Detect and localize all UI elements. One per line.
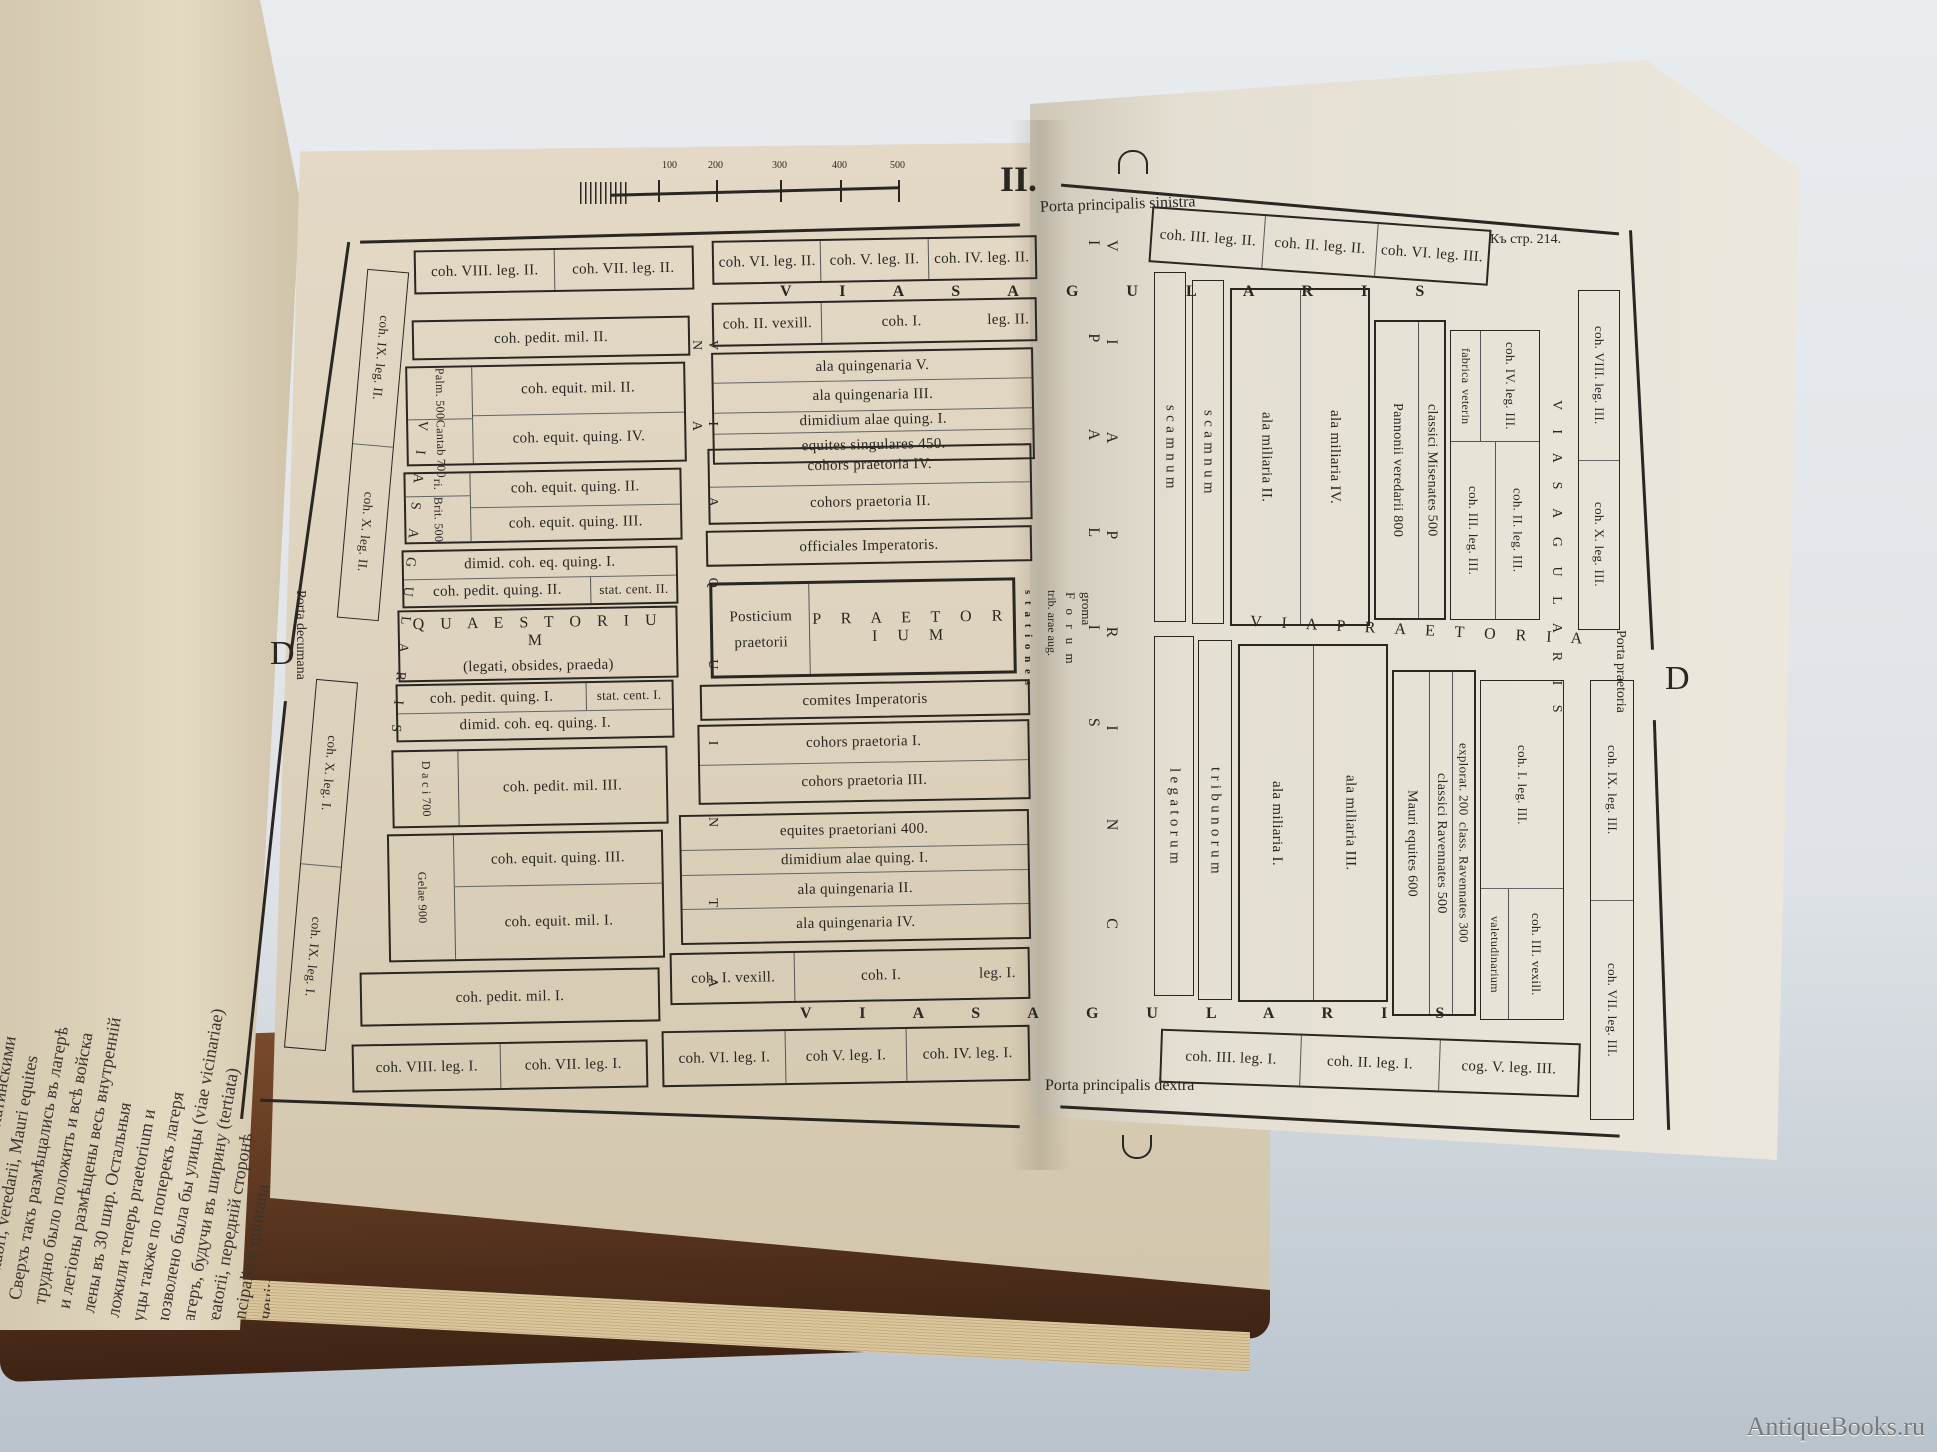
unit-label: coh V. leg. I. <box>806 1047 887 1065</box>
block-palm-cantab: Palm. 500 Cantab 700 coh. equit. mil. II… <box>405 362 687 467</box>
block-brit: ri. Brit. 500 coh. equit. quing. II. coh… <box>403 468 682 545</box>
quaestorium-label: Q U A E S T O R I U M <box>399 611 676 652</box>
forum-label: F o r u m <box>1062 592 1078 667</box>
unit-label: coh. VI. leg. I. <box>678 1049 770 1068</box>
unit-label: stat. cent. II. <box>599 581 668 598</box>
block-top-row-b: coh. VI. leg. II. coh. V. leg. II. coh. … <box>712 235 1038 285</box>
trib-arae-label: trib. arae aug. <box>1044 590 1059 656</box>
unit-label: dimidium alae quing. I. <box>799 411 947 431</box>
block-praetorium: Posticium praetorii P R A E T O R I U M <box>709 577 1017 678</box>
unit-label: ri. <box>430 479 445 490</box>
praetorium-label: P R A E T O R I U M <box>810 607 1014 647</box>
block-gelae: Gelae 900 coh. equit. quing. III. coh. e… <box>387 830 665 963</box>
scale-tick-label: 100 <box>662 160 677 171</box>
unit-label: coh. III. leg. I. <box>1185 1048 1277 1068</box>
unit-label: coh. I. <box>861 967 901 985</box>
page-reference: Къ стр. 214. <box>1490 232 1561 248</box>
block-top-row-a: coh. VIII. leg. II. coh. VII. leg. II. <box>414 246 695 295</box>
unit-label: coh. X. leg. I. <box>318 735 341 812</box>
block-bottom-row-b-top: coh. I. vexill. coh. I. leg. I. <box>670 947 1031 1005</box>
unit-label: cohors praetoria II. <box>810 493 931 512</box>
unit-label: coh. II. leg. I. <box>1327 1053 1414 1073</box>
block-daci: D a c i 700 coh. pedit. mil. III. <box>391 746 668 829</box>
scale-hatch <box>580 182 630 204</box>
road-via-sagularis-right: V I A S A G U L A R I S <box>1548 400 1564 721</box>
scale-tick-label: 200 <box>708 160 723 171</box>
unit-label: coh. IX. leg. I. <box>301 916 324 997</box>
unit-label: coh. III. leg. III. <box>1465 486 1481 575</box>
plate-number: II. <box>1000 158 1037 200</box>
block-comites: comites Imperatoris <box>700 679 1031 721</box>
block-dimid-stat-1: coh. pedit. quing. I. stat. cent. I. dim… <box>396 680 675 743</box>
unit-label: D a c i 700 <box>418 761 434 817</box>
block-scamnum-2: s c a m n u m <box>1192 280 1224 624</box>
unit-label: ala miliaria III. <box>1341 775 1358 870</box>
unit-label: cog. V. leg. III. <box>1461 1058 1556 1078</box>
unit-label: coh. VIII. leg. III. <box>1591 326 1607 425</box>
unit-label: coh. VIII. leg. I. <box>376 1058 478 1077</box>
road-via-sagularis-bottom: V I A S A G U L A R I S <box>800 1005 1466 1023</box>
block-bottom-row-a: coh. VIII. leg. I. coh. VII. leg. I. <box>352 1039 649 1092</box>
unit-label: Palm. 500 <box>432 368 448 420</box>
unit-label: coh. I. vexill. <box>691 969 775 987</box>
scale-tick-label: 300 <box>772 160 787 171</box>
unit-label: coh. IV. leg. I. <box>923 1045 1013 1064</box>
unit-label: fabrica <box>1458 348 1473 383</box>
unit-label: cohors praetoria IV. <box>807 456 932 475</box>
unit-label: comites Imperatoris <box>802 690 928 709</box>
unit-label: coh. III. vexill. <box>1528 913 1544 996</box>
unit-label: coh. pedit. mil. III. <box>503 777 622 796</box>
unit-label: coh. equit. quing. III. <box>509 513 643 532</box>
unit-label: l e g a t o r u m <box>1166 768 1183 864</box>
posticium-label: Posticium praetorii <box>713 603 810 657</box>
unit-label: cohors praetoria I. <box>806 733 922 752</box>
block-pannonii-misenates: Pannonii veredarii 800 classici Misenate… <box>1374 320 1446 620</box>
block-valetudinarium: coh. I. leg. III. valetudinarium coh. II… <box>1480 680 1564 1020</box>
unit-label: ala miliaria I. <box>1268 781 1285 866</box>
unit-label: coh. II. leg. III. <box>1509 488 1525 572</box>
block-right-column-top: coh. VIII. leg. III. coh. X. leg. III. <box>1578 290 1620 630</box>
unit-label: Brit. 500 <box>430 496 446 542</box>
unit-label: s c a m n u m <box>1200 410 1217 494</box>
unit-label: leg. II. <box>987 311 1029 329</box>
unit-label: coh. equit. mil. II. <box>521 380 635 399</box>
unit-label: coh. equit. mil. I. <box>504 912 613 931</box>
unit-label: Cantab 700 <box>433 420 449 478</box>
unit-label: ala quingenaria V. <box>815 357 929 376</box>
unit-label: cohors praetoria III. <box>801 772 927 791</box>
block-fabrica-cohorts: fabrica veterin coh. IV. leg. III. coh. … <box>1450 330 1540 620</box>
quaestorium-sublabel: (legati, obsides, praeda) <box>463 656 614 676</box>
unit-label: coh. VI. leg. II. <box>719 253 816 272</box>
unit-label: coh. equit. quing. II. <box>511 479 640 498</box>
unit-label: Pannonii veredarii 800 <box>1389 403 1405 537</box>
unit-label: coh. IV. leg. II. <box>934 249 1030 268</box>
unit-label: stat. cent. I. <box>597 687 662 704</box>
unit-label: class. Ravennates 300 <box>1455 822 1471 943</box>
unit-label: dimid. coh. eq. quing. I. <box>459 715 611 735</box>
block-mauri-ravennates: Mauri equites 600 classici Ravennates 50… <box>1392 670 1476 1016</box>
unit-label: veterin <box>1458 389 1473 424</box>
left-page-text-region: весь того, какъ для всѣхъ Италійцевъслуж… <box>0 0 270 1320</box>
unit-label: coh. VIII. leg. II. <box>431 262 539 281</box>
unit-label: coh. I. <box>882 313 922 331</box>
block-scamnum-1: s c a m n u m <box>1154 272 1186 622</box>
block-legatorum: l e g a t o r u m <box>1154 636 1194 996</box>
gate-marker-top <box>1118 150 1148 174</box>
unit-label: dimid. coh. eq. quing. I. <box>464 553 616 573</box>
unit-label: coh. IX. leg. II. <box>369 315 392 401</box>
unit-label: coh. VII. leg. I. <box>525 1055 622 1074</box>
scale-bar: 100 200 300 400 500 <box>610 178 900 204</box>
block-bottom-row-b: coh. VI. leg. I. coh V. leg. I. coh. IV.… <box>662 1025 1031 1087</box>
unit-label: coh. X. leg. III. <box>1591 502 1607 587</box>
unit-label: coh. pedit. quing. I. <box>430 688 554 707</box>
block-praetoria-top: cohors praetoria IV. cohors praetoria II… <box>707 443 1032 525</box>
unit-label: coh. pedit. quing. II. <box>433 582 562 601</box>
unit-label: equites praetoriani 400. <box>780 821 929 841</box>
block-alae-miliaria-2-4: ala miliaria II. ala miliaria IV. <box>1230 288 1370 626</box>
unit-label: coh. pedit. mil. II. <box>494 329 608 348</box>
left-page-text: весь того, какъ для всѣхъ Италійцевъслуж… <box>0 0 270 1320</box>
unit-label: ala miliaria IV. <box>1326 410 1343 504</box>
unit-label: ala miliaria II. <box>1257 412 1274 502</box>
unit-label: coh. pedit. mil. I. <box>456 988 565 1007</box>
block-right-column-bottom: coh. IX. leg. III. coh. VII. leg. III. <box>1590 680 1634 1120</box>
unit-label: ala quingenaria II. <box>797 880 913 899</box>
unit-label: coh. III. leg. II. <box>1159 226 1257 250</box>
watermark: AntiqueBooks.ru <box>1747 1412 1925 1442</box>
unit-label: Mauri equites 600 <box>1404 790 1420 897</box>
block-pedit-mil-1: coh. pedit. mil. I. <box>360 967 661 1026</box>
unit-label: s c a m n u m <box>1162 405 1179 489</box>
unit-label: ala quingenaria IV. <box>796 914 915 933</box>
scale-tick-label: 400 <box>832 160 847 171</box>
unit-label: coh. VII. leg. II. <box>572 259 674 278</box>
unit-label: Gelae 900 <box>414 872 430 924</box>
block-alae-miliaria-1-3: ala miliaria I. ala miliaria III. <box>1238 644 1388 1002</box>
unit-label: ala quingenaria III. <box>812 386 933 405</box>
unit-label: leg. I. <box>979 965 1016 983</box>
unit-label: officiales Imperatoris. <box>799 536 938 555</box>
unit-label: coh. IX. leg. III. <box>1604 745 1620 835</box>
unit-label: coh. equit. quing. III. <box>491 849 625 868</box>
unit-label: classici Ravennates 500 <box>1433 773 1449 914</box>
scale-tick-label: 500 <box>890 160 905 171</box>
block-tribunorum: t r i b u n o r u m <box>1198 640 1232 1000</box>
block-pedit-mil-2: coh. pedit. mil. II. <box>412 316 691 361</box>
gate-marker-left: D <box>270 635 295 673</box>
block-quaestorium: Q U A E S T O R I U M (legati, obsides, … <box>397 606 678 683</box>
unit-label: coh. V. leg. II. <box>830 251 920 270</box>
stationes-label: s t a t i o n e s <box>1022 590 1034 687</box>
block-praetoria-bottom: cohors praetoria I. cohors praetoria III… <box>697 719 1030 805</box>
unit-label: coh. equit. quing. IV. <box>512 428 645 447</box>
unit-label: dimidium alae quing. I. <box>781 850 929 870</box>
block-second-row-b: coh. II. vexill. coh. I. leg. II. <box>712 297 1038 347</box>
unit-label: coh. VI. leg. III. <box>1380 242 1483 266</box>
unit-label: coh. II. leg. II. <box>1274 234 1366 257</box>
block-officiales: officiales Imperatoris. <box>706 525 1033 567</box>
unit-label: coh. X. leg. II. <box>354 491 377 572</box>
road-via-principalis: V I A P R I N C I P A L I S <box>1084 240 1120 1060</box>
block-alae-bottom: equites praetoriani 400. dimidium alae q… <box>679 809 1031 945</box>
unit-label: coh. IV. leg. III. <box>1502 342 1518 430</box>
unit-label: classici Misenates 500 <box>1423 404 1439 537</box>
gate-marker-right: D <box>1665 660 1690 698</box>
block-dimid-stat-2: dimid. coh. eq. quing. I. coh. pedit. qu… <box>402 546 679 609</box>
unit-label: coh. VII. leg. III. <box>1604 963 1620 1057</box>
unit-label: t r i b u n o r u m <box>1207 767 1224 874</box>
unit-label: valetudinarium <box>1487 916 1502 993</box>
unit-label: coh. I. leg. III. <box>1514 745 1530 825</box>
unit-label: explorat. 200 <box>1455 743 1471 816</box>
unit-label: coh. II. vexill. <box>723 315 813 334</box>
